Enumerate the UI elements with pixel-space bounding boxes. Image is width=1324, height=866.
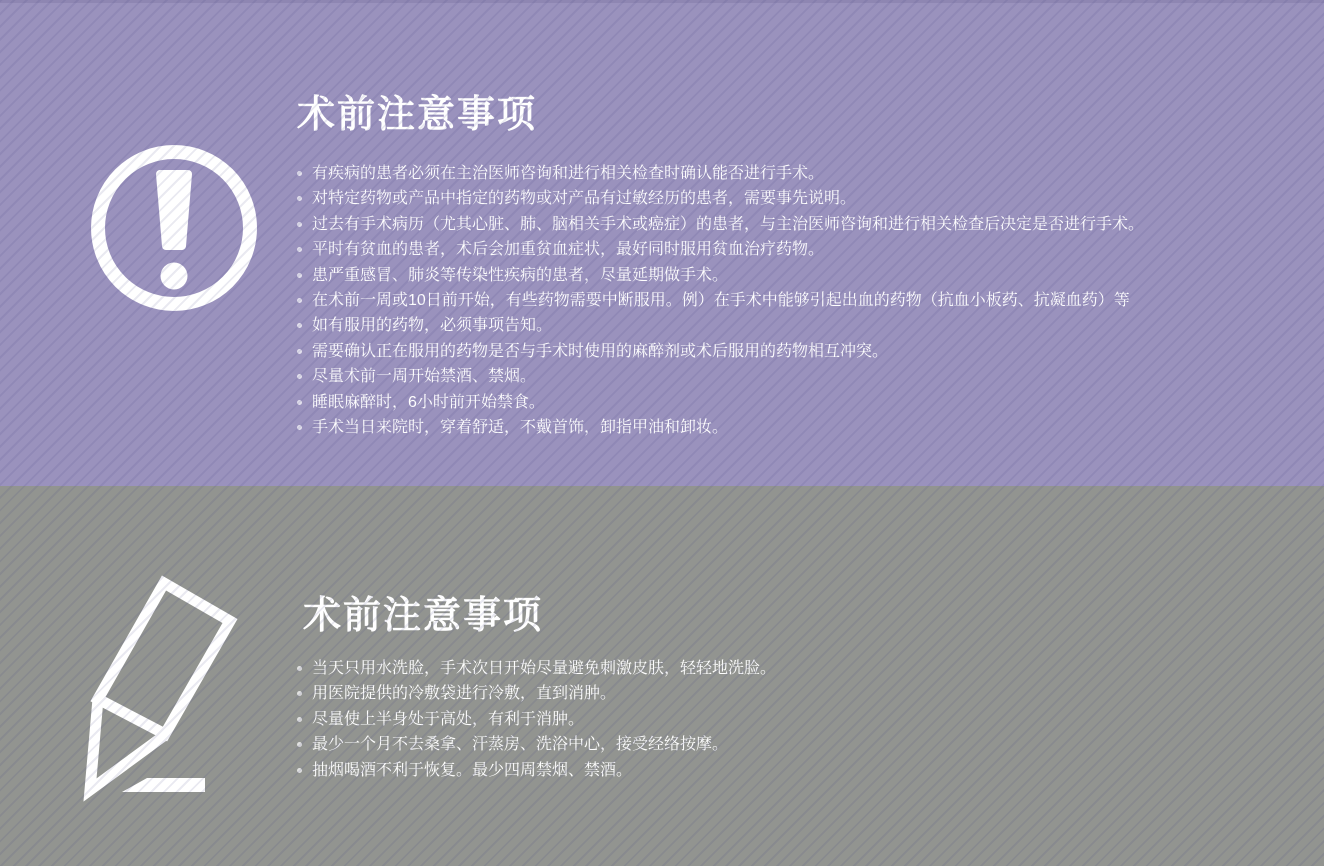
page-title: 术前注意事项 (297, 95, 537, 137)
notice-item: 如有服用的药物，必须事项告知。 (296, 313, 1144, 338)
pre-op-notice-list: 有疾病的患者必须在主治医师咨询和进行相关检查时确认能否进行手术。 对特定药物或产… (296, 161, 1144, 440)
notice-item: 平时有贫血的患者，术后会加重贫血症状，最好同时服用贫血治疗药物。 (296, 237, 1144, 262)
notice-item: 尽量使上半身处于高处，有利于消肿。 (296, 707, 776, 732)
notice-item: 过去有手术病历（尤其心脏、肺、脑相关手术或癌症）的患者，与主治医师咨询和进行相关… (296, 212, 1144, 237)
notice-item: 需要确认正在服用的药物是否与手术时使用的麻醉剂或术后服用的药物相互冲突。 (296, 339, 1144, 364)
pre-op-section: 术前注意事项 有疾病的患者必须在主治医师咨询和进行相关检查时确认能否进行手术。 … (0, 0, 1324, 486)
notice-item: 患严重感冒、肺炎等传染性疾病的患者，尽量延期做手术。 (296, 263, 1144, 288)
notice-item: 抽烟喝酒不利于恢复。最少四周禁烟、禁酒。 (296, 758, 776, 783)
notice-item: 手术当日来院时，穿着舒适，不戴首饰，卸指甲油和卸妆。 (296, 415, 1144, 440)
page-title: 术前注意事项 (303, 596, 543, 638)
notice-item: 对特定药物或产品中指定的药物或对产品有过敏经历的患者，需要事先说明。 (296, 186, 1144, 211)
notice-item: 有疾病的患者必须在主治医师咨询和进行相关检查时确认能否进行手术。 (296, 161, 1144, 186)
pencil-icon (74, 572, 274, 812)
notice-item: 睡眠麻醉时，6小时前开始禁食。 (296, 390, 1144, 415)
notice-item: 最少一个月不去桑拿、汗蒸房、洗浴中心，接受经络按摩。 (296, 732, 776, 757)
notice-item: 当天只用水洗脸，手术次日开始尽量避免刺激皮肤，轻轻地洗脸。 (296, 656, 776, 681)
notice-item: 在术前一周或10日前开始，有些药物需要中断服用。例）在手术中能够引起出血的药物（… (296, 288, 1144, 313)
post-op-notice-list: 当天只用水洗脸，手术次日开始尽量避免刺激皮肤，轻轻地洗脸。 用医院提供的冷敷袋进… (296, 656, 776, 783)
alert-circle-icon (88, 143, 260, 320)
post-op-section: 术前注意事项 当天只用水洗脸，手术次日开始尽量避免刺激皮肤，轻轻地洗脸。 用医院… (0, 486, 1324, 866)
notice-item: 用医院提供的冷敷袋进行冷敷，直到消肿。 (296, 681, 776, 706)
notice-item: 尽量术前一周开始禁酒、禁烟。 (296, 364, 1144, 389)
